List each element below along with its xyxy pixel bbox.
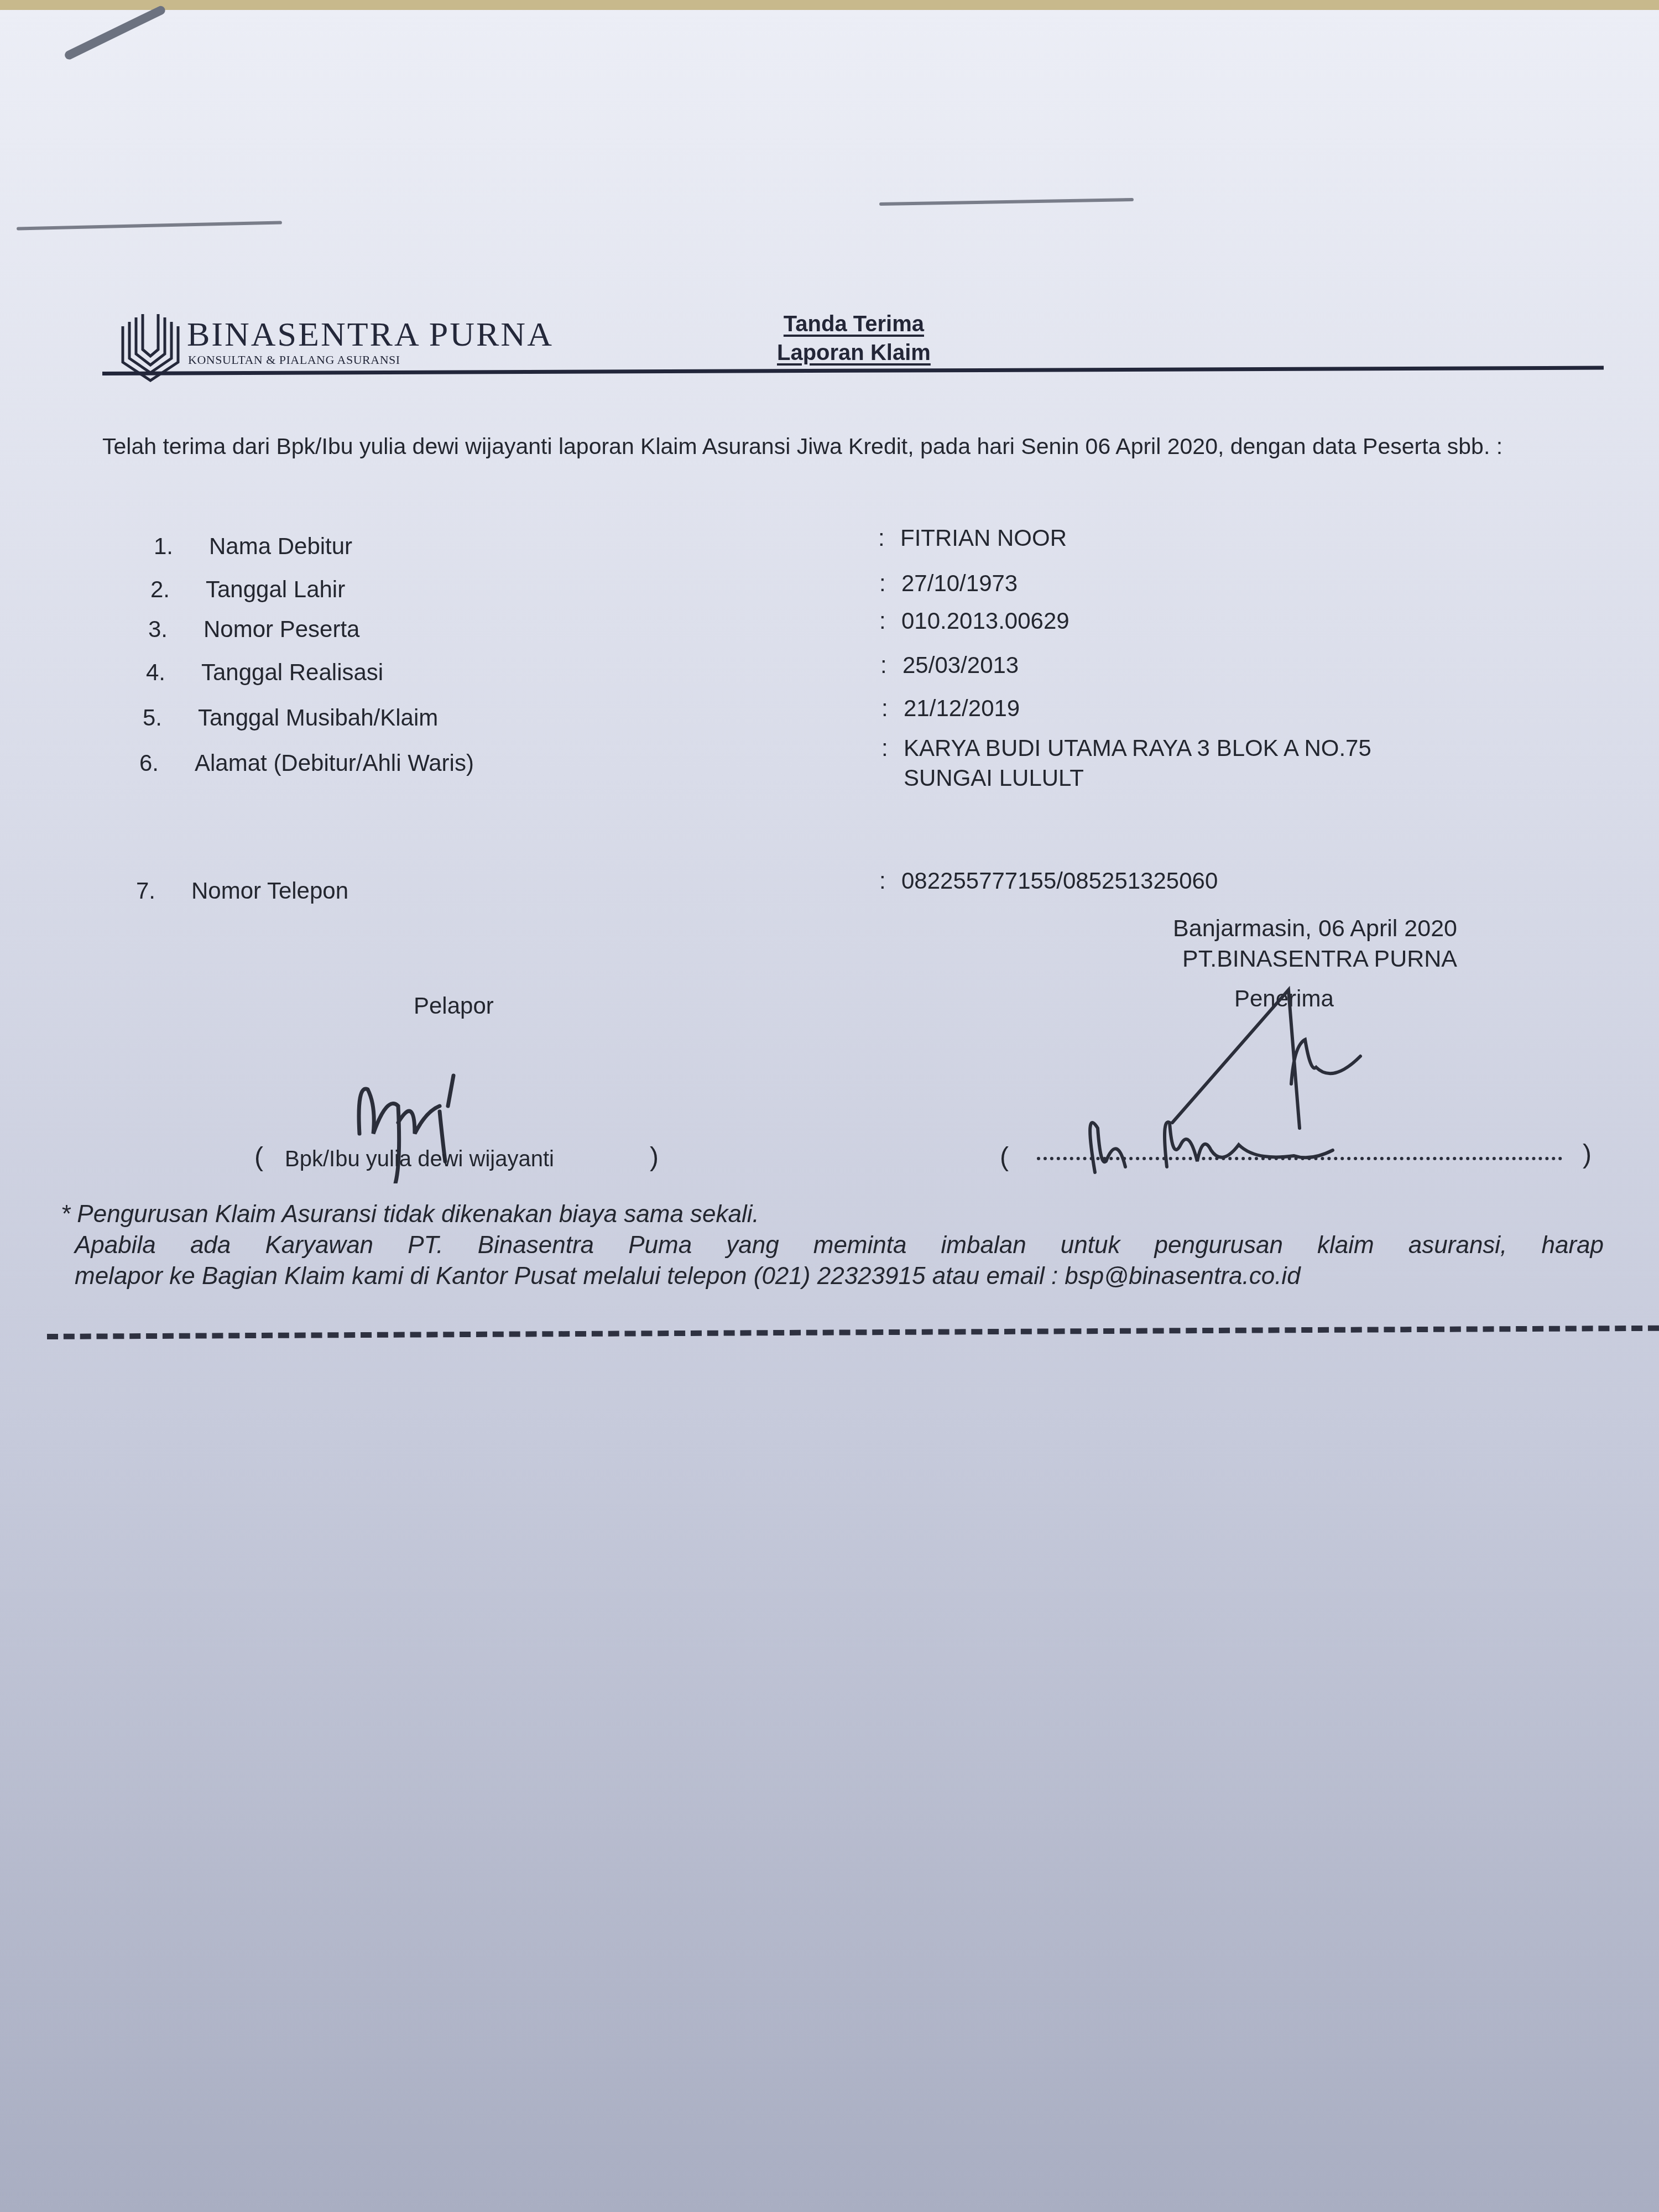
value-alamat: :KARYA BUDI UTAMA RAYA 3 BLOK A NO.75 SU… bbox=[881, 733, 1371, 793]
value-tanggal-realisasi: :25/03/2013 bbox=[880, 650, 1019, 680]
label-nomor-peserta: Nomor Peserta bbox=[204, 615, 359, 644]
label-tanggal-musibah: Tanggal Musibah/Klaim bbox=[198, 703, 438, 732]
reporter-open-paren: ( bbox=[254, 1142, 263, 1172]
notice-report-line: Apabila ada Karyawan PT. Binasentra Puma… bbox=[61, 1230, 1604, 1261]
reporter-role: Pelapor bbox=[414, 993, 494, 1019]
reporter-close-paren: ) bbox=[650, 1142, 659, 1172]
receiver-company: PT.BINASENTRA PURNA bbox=[1182, 946, 1457, 973]
receiver-open-paren: ( bbox=[1000, 1142, 1009, 1172]
title-line-1: Tanda Terima bbox=[777, 310, 931, 338]
value-tanggal-musibah: :21/12/2019 bbox=[881, 693, 1020, 723]
show-through-text bbox=[177, 1355, 1394, 2018]
receiver-name-line bbox=[1037, 1157, 1562, 1160]
label-tanggal-lahir: Tanggal Lahir bbox=[206, 575, 345, 604]
title-line-2: Laporan Klaim bbox=[777, 338, 931, 367]
label-alamat: Alamat (Debitur/Ahli Waris) bbox=[195, 749, 474, 778]
header-divider bbox=[102, 366, 1604, 375]
label-nama-debitur: Nama Debitur bbox=[209, 532, 352, 561]
receipt-document: BINASENTRA PURNA KONSULTAN & PIALANG ASU… bbox=[0, 0, 1659, 2212]
company-tagline: KONSULTAN & PIALANG ASURANSI bbox=[188, 353, 400, 367]
notice-contact: melapor ke Bagian Klaim kami di Kantor P… bbox=[61, 1261, 1604, 1292]
value-nama-debitur: :FITRIAN NOOR bbox=[878, 523, 1067, 553]
reporter-name: Bpk/Ibu yulia dewi wijayanti bbox=[285, 1147, 554, 1172]
receiver-close-paren: ) bbox=[1583, 1139, 1592, 1170]
label-nomor-telepon: Nomor Telepon bbox=[191, 877, 348, 905]
cut-line-divider bbox=[47, 1326, 1659, 1339]
value-tanggal-lahir: :27/10/1973 bbox=[879, 568, 1018, 598]
intro-paragraph: Telah terima dari Bpk/Ibu yulia dewi wij… bbox=[102, 431, 1604, 461]
notice-block: * Pengurusan Klaim Asuransi tidak dikena… bbox=[61, 1199, 1604, 1292]
company-name: BINASENTRA PURNA bbox=[187, 315, 554, 354]
place-date: Banjarmasin, 06 April 2020 bbox=[1173, 915, 1457, 942]
label-tanggal-realisasi: Tanggal Realisasi bbox=[201, 658, 383, 687]
receiver-signature bbox=[1073, 984, 1460, 1183]
document-title: Tanda Terima Laporan Klaim bbox=[777, 310, 931, 367]
value-nomor-telepon: :082255777155/085251325060 bbox=[879, 866, 1218, 896]
value-nomor-peserta: :010.2013.00629 bbox=[879, 606, 1070, 636]
notice-no-fee: * Pengurusan Klaim Asuransi tidak dikena… bbox=[61, 1199, 1604, 1230]
